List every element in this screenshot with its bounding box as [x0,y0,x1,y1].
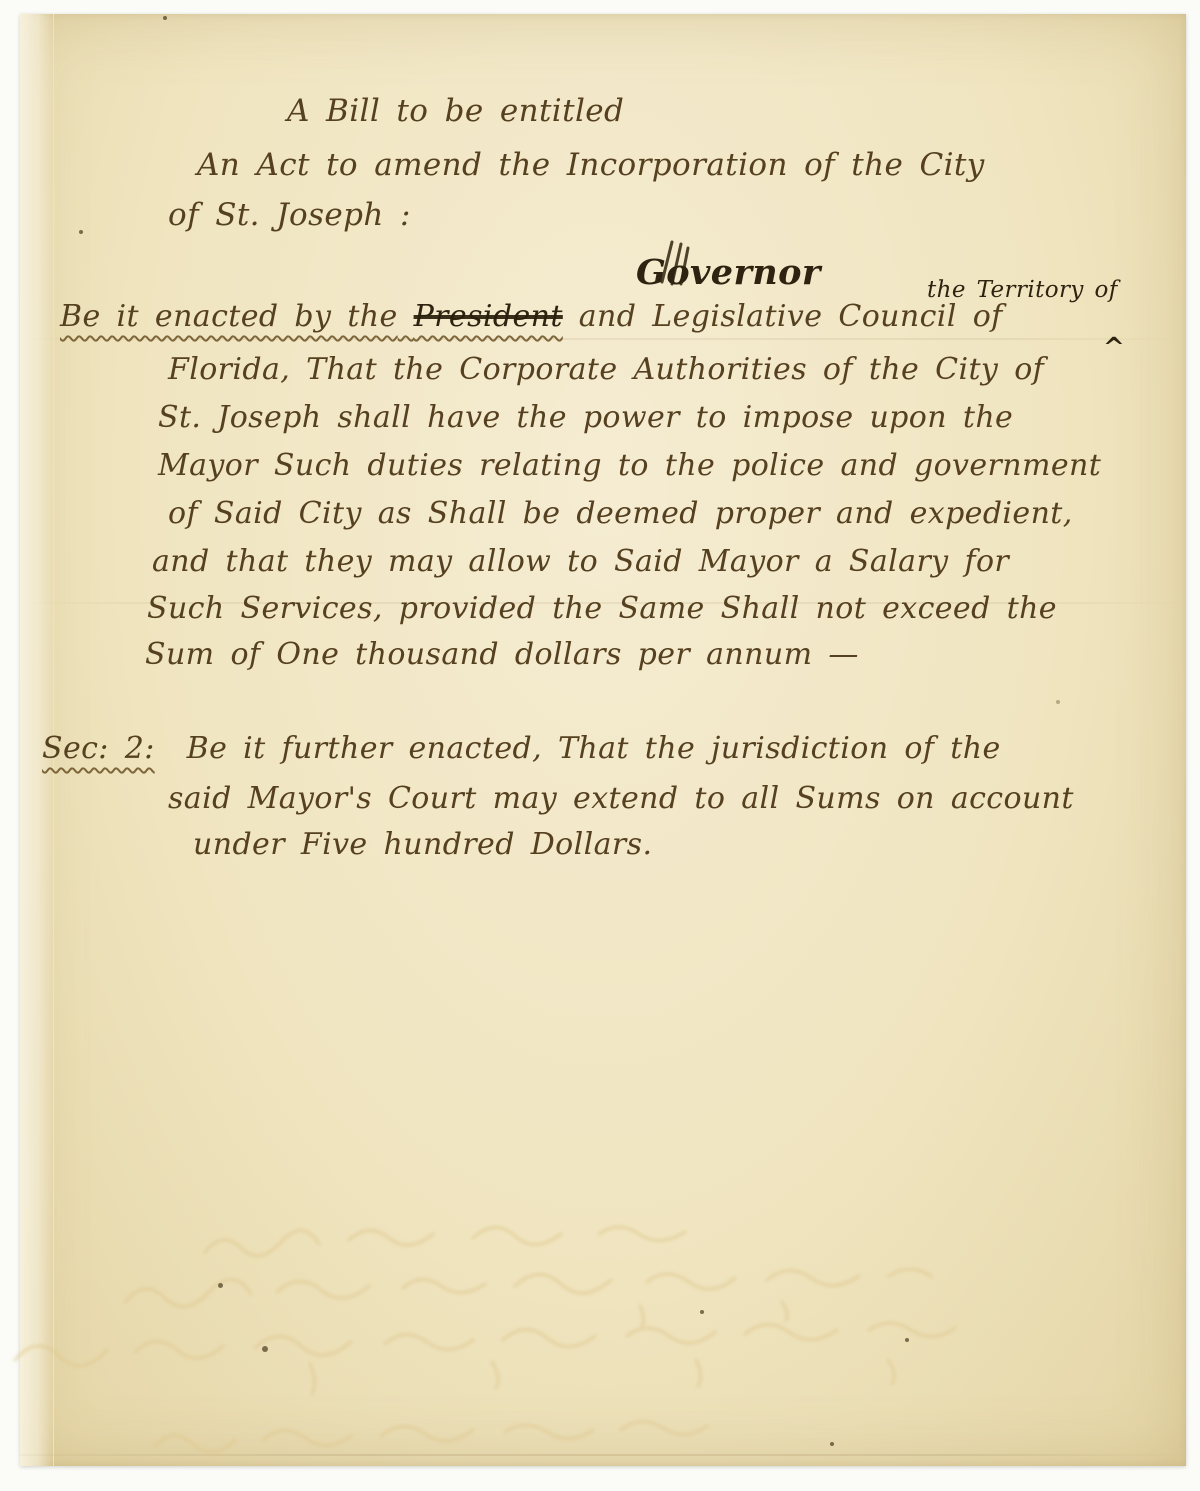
section2-opening-line: Sec: 2: Be it further enacted, That the … [42,731,1001,766]
section2-label: Sec: 2: [42,731,155,766]
bleedthrough-line [150,1418,970,1468]
bleedthrough-line [120,1268,1130,1328]
body-line: Such Services, provided the Same Shall n… [147,591,1057,626]
scanned-document: { "colors":{ "background":"#fbfbf7", "pa… [0,0,1200,1491]
foxing-speck [1056,700,1060,704]
body-line: and that they may allow to Said Mayor a … [152,544,1009,579]
body-line: Florida, That the Corporate Authorities … [168,352,1044,387]
body-line: Mayor Such duties relating to the police… [158,448,1101,483]
body-line: St. Joseph shall have the power to impos… [158,400,1013,435]
underlined-phrase: Be it enacted by the President [60,299,563,334]
foxing-speck [218,1283,223,1288]
paper-crease [20,338,1186,340]
foxing-speck [262,1346,268,1352]
interline-insertion-governor: Governor [636,252,821,293]
heading-line-2: An Act to amend the Incorporation of the… [197,147,985,183]
enacting-clause-line: Be it enacted by the President and Legis… [60,299,1003,334]
body-line: under Five hundred Dollars. [193,827,652,862]
foxing-speck [79,230,83,234]
enacting-clause-start: Be it enacted by the [60,299,398,334]
heading-line-3: of St. Joseph : [168,197,411,233]
bleedthrough-line [10,1320,1170,1400]
heading-line-1: A Bill to be entitled [287,93,624,129]
body-line: said Mayor's Court may extend to all Sum… [168,781,1074,816]
insertion-caret: ^ [1103,333,1125,363]
section2-line1-text: Be it further enacted, That the jurisdic… [187,731,1001,766]
foxing-speck [163,16,167,20]
body-line: of Said City as Shall be deemed proper a… [168,496,1073,531]
body-line: Sum of One thousand dollars per annum — [145,637,859,672]
foxing-speck [700,1310,704,1314]
struck-word-president: President [414,299,563,334]
bleedthrough-line [200,1222,840,1272]
foxing-speck [905,1338,909,1342]
foxing-speck [830,1442,834,1446]
enacting-clause-rest: and Legislative Council of [579,299,1003,334]
